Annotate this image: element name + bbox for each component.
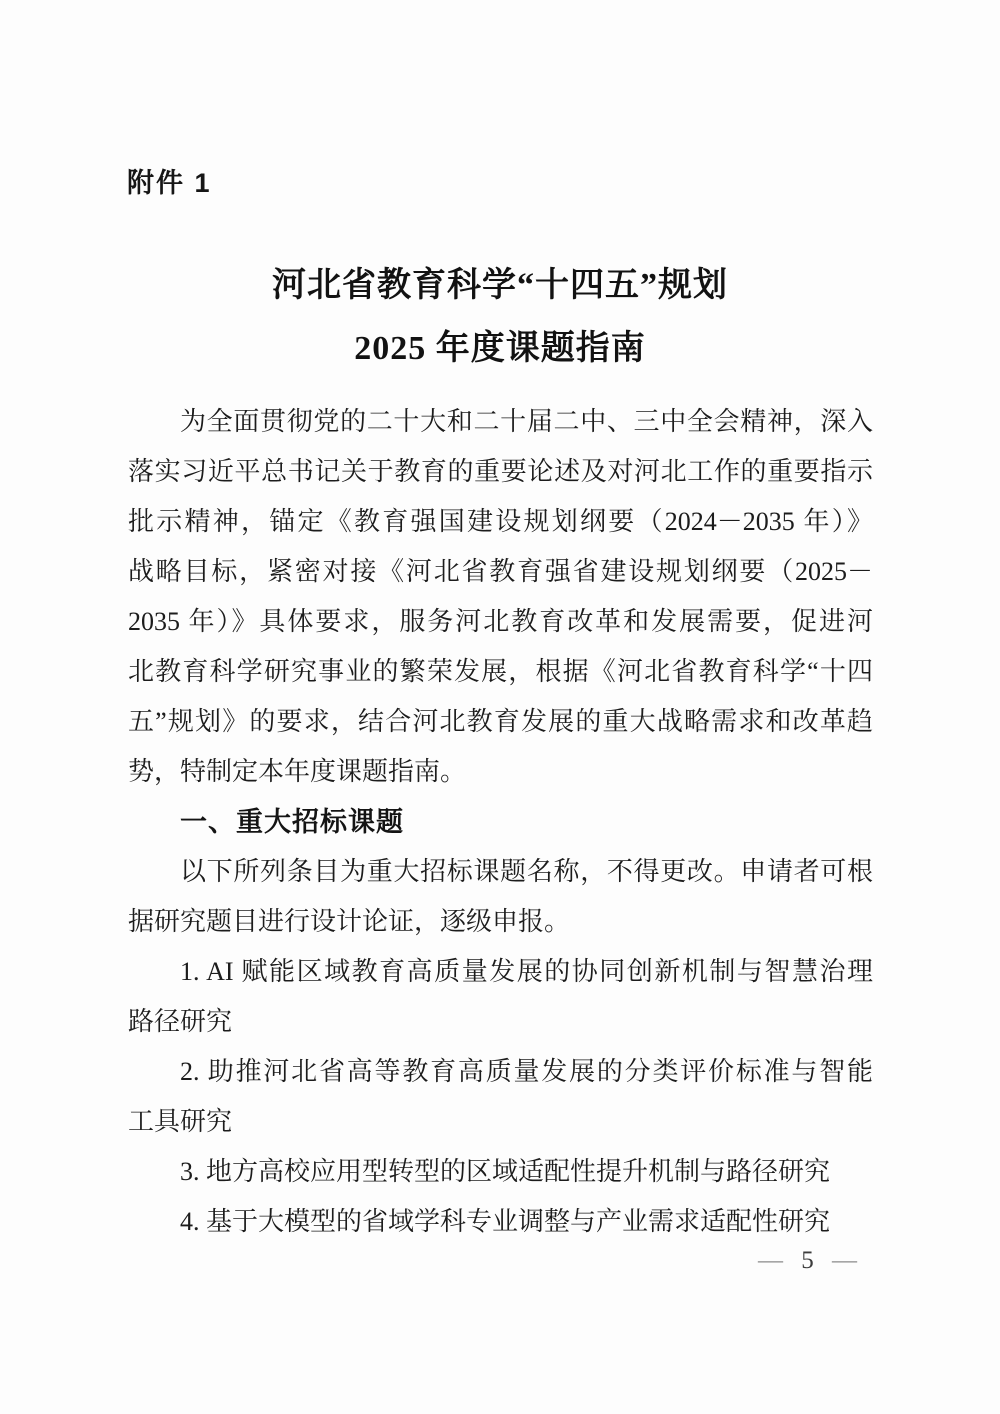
intro-line: 为全面贯彻党的二十大和二十届二中、三中全会精神，深入 — [128, 397, 873, 447]
intro-line: 势，特制定本年度课题指南。 — [128, 747, 873, 797]
document-body: 为全面贯彻党的二十大和二十届二中、三中全会精神，深入 落实习近平总书记关于教育的… — [128, 397, 873, 1247]
topic-item-line: 工具研究 — [128, 1097, 873, 1147]
topic-item-line: 路径研究 — [128, 997, 873, 1047]
topic-item-line: 2. 助推河北省高等教育高质量发展的分类评价标准与智能 — [128, 1047, 873, 1097]
document-title-line-2: 2025 年度课题指南 — [0, 317, 1000, 380]
intro-line: 2035 年）》具体要求，服务河北教育改革和发展需要，促进河 — [128, 597, 873, 647]
attachment-label: 附件 1 — [127, 161, 212, 200]
page-number-footer: — 5 — — [758, 1246, 857, 1276]
section-heading-major-bidding-topics: 一、重大招标课题 — [128, 797, 873, 847]
intro-line: 落实习近平总书记关于教育的重要论述及对河北工作的重要指示 — [128, 447, 873, 497]
document-page: 附件 1 河北省教育科学“十四五”规划 2025 年度课题指南 为全面贯彻党的二… — [0, 0, 1000, 1414]
topic-item-line: 3. 地方高校应用型转型的区域适配性提升机制与路径研究 — [128, 1147, 873, 1197]
page-number: 5 — [789, 1247, 826, 1274]
document-title-line-1: 河北省教育科学“十四五”规划 — [0, 254, 1000, 317]
document-title: 河北省教育科学“十四五”规划 2025 年度课题指南 — [0, 254, 1000, 380]
page-number-dash-right: — — [832, 1247, 857, 1274]
topic-item-line: 4. 基于大模型的省域学科专业调整与产业需求适配性研究 — [128, 1197, 873, 1247]
topic-item-line: 1. AI 赋能区域教育高质量发展的协同创新机制与智慧治理 — [128, 947, 873, 997]
intro-line: 五”规划》的要求，结合河北教育发展的重大战略需求和改革趋 — [128, 697, 873, 747]
section-note-line: 据研究题目进行设计论证，逐级申报。 — [128, 897, 873, 947]
section-note-line: 以下所列条目为重大招标课题名称，不得更改。申请者可根 — [128, 847, 873, 897]
intro-line: 批示精神，锚定《教育强国建设规划纲要（2024－2035 年）》 — [128, 497, 873, 547]
intro-line: 战略目标，紧密对接《河北省教育强省建设规划纲要（2025－ — [128, 547, 873, 597]
intro-line: 北教育科学研究事业的繁荣发展，根据《河北省教育科学“十四 — [128, 647, 873, 697]
page-number-dash-left: — — [758, 1247, 783, 1274]
